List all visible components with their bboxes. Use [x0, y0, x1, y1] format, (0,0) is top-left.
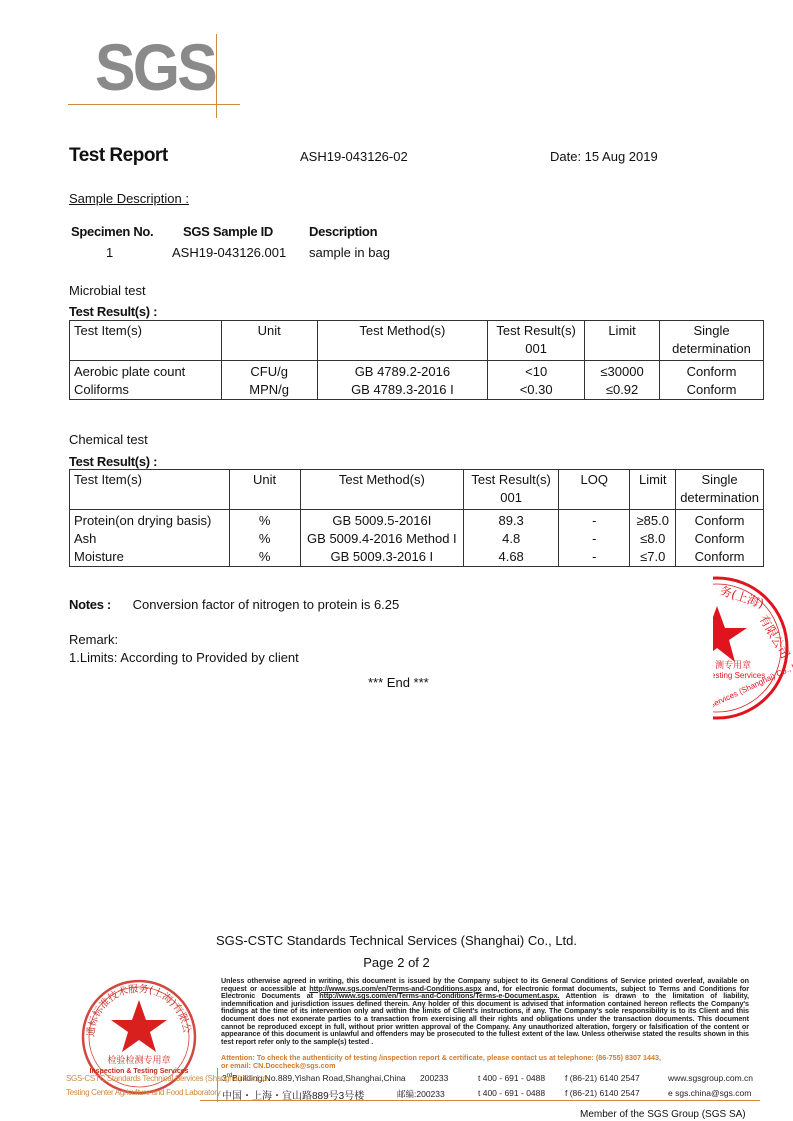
chemical-results-table: Test Item(s)UnitTest Method(s)Test Resul…	[69, 469, 764, 567]
sgs-logo: SGS	[95, 34, 215, 100]
postcode-en: 200233	[420, 1073, 448, 1083]
microbial-cell: <10	[488, 361, 585, 382]
postcode-cn: 邮编:200233	[397, 1088, 445, 1100]
chemical-cell: Ash	[70, 530, 230, 548]
table-row: Aerobic plate countCFU/gGB 4789.2-2016<1…	[70, 361, 764, 382]
microbial-results-table: Test Item(s)UnitTest Method(s)Test Resul…	[69, 320, 764, 400]
sgs-sample-id-header: SGS Sample ID	[183, 224, 273, 239]
svg-text:测专用章: 测专用章	[715, 659, 751, 671]
notes: Notes : Conversion factor of nitrogen to…	[69, 597, 399, 612]
sgs-group-member: Member of the SGS Group (SGS SA)	[580, 1109, 746, 1120]
specimen-no-value: 1	[106, 245, 113, 260]
end-marker: *** End ***	[368, 675, 429, 690]
microbial-cell: GB 4789.2-2016	[317, 361, 488, 382]
specimen-no-header: Specimen No.	[71, 224, 153, 239]
chemical-cell: 4.68	[464, 548, 559, 567]
microbial-cell: ≤30000	[585, 361, 660, 382]
microbial-result-label: Test Result(s) :	[69, 304, 157, 319]
remark: Remark: 1.Limits: According to Provided …	[69, 631, 299, 667]
microbial-column-header: Test Result(s)001	[488, 321, 585, 361]
remark-label: Remark:	[69, 631, 299, 649]
chemical-cell: Moisture	[70, 548, 230, 567]
fax-1: f (86-21) 6140 2547	[565, 1073, 640, 1083]
microbial-column-header: Unit	[221, 321, 317, 361]
lab-name-line-2: Testing Center Agriculture and Food Labo…	[66, 1088, 220, 1097]
chemical-cell: %	[229, 530, 300, 548]
microbial-cell: Coliforms	[70, 381, 222, 400]
chemical-cell: GB 5009.4-2016 Method I	[300, 530, 463, 548]
microbial-column-header: Test Item(s)	[70, 321, 222, 361]
microbial-header-row: Test Item(s)UnitTest Method(s)Test Resul…	[70, 321, 764, 361]
chemical-column-header: LOQ	[559, 470, 630, 510]
chemical-cell: Conform	[676, 530, 764, 548]
footer-divider	[200, 1100, 760, 1101]
table-row: Ash%GB 5009.4-2016 Method I4.8-≤8.0Confo…	[70, 530, 764, 548]
chemical-cell: GB 5009.5-2016I	[300, 510, 463, 531]
website[interactable]: www.sgsgroup.com.cn	[668, 1073, 753, 1083]
chemical-cell: ≤8.0	[630, 530, 676, 548]
svg-text:务(上海): 务(上海)	[718, 583, 766, 611]
telephone-2: t 400 - 691 - 0488	[478, 1088, 545, 1098]
table-row: Protein(on drying basis)%GB 5009.5-2016I…	[70, 510, 764, 531]
chemical-header-row: Test Item(s)UnitTest Method(s)Test Resul…	[70, 470, 764, 510]
chemical-cell: -	[559, 510, 630, 531]
legal-disclaimer: Unless otherwise agreed in writing, this…	[221, 977, 749, 1045]
page-number: Page 2 of 2	[0, 955, 793, 970]
microbial-column-header: Test Method(s)	[317, 321, 488, 361]
chemical-cell: Protein(on drying basis)	[70, 510, 230, 531]
svg-text:检验检测专用章: 检验检测专用章	[107, 1054, 170, 1066]
microbial-cell: Conform	[660, 381, 764, 400]
microbial-cell: MPN/g	[221, 381, 317, 400]
microbial-section-title: Microbial test	[69, 283, 146, 298]
microbial-cell: Conform	[660, 361, 764, 382]
notes-label: Notes :	[69, 597, 111, 612]
chemical-column-header: Unit	[229, 470, 300, 510]
chemical-result-label: Test Result(s) :	[69, 454, 157, 469]
microbial-column-header: Limit	[585, 321, 660, 361]
logo-horizontal-line	[68, 104, 240, 105]
report-date: Date: 15 Aug 2019	[550, 149, 658, 164]
chemical-cell: -	[559, 548, 630, 567]
chemical-column-header: Limit	[630, 470, 676, 510]
telephone-1: t 400 - 691 - 0488	[478, 1073, 545, 1083]
email[interactable]: e sgs.china@sgs.com	[668, 1088, 751, 1098]
chemical-cell: %	[229, 548, 300, 567]
table-row: ColiformsMPN/gGB 4789.3-2016 I<0.30≤0.92…	[70, 381, 764, 400]
report-title: Test Report	[69, 145, 168, 167]
chemical-cell: GB 5009.3-2016 I	[300, 548, 463, 567]
authenticity-attention: Attention: To check the authenticity of …	[221, 1054, 761, 1069]
chemical-cell: 89.3	[464, 510, 559, 531]
attention-line-2: or email: CN.Doccheck@sgs.com	[221, 1062, 761, 1070]
chemical-section-title: Chemical test	[69, 432, 148, 447]
chemical-column-header: Singledetermination	[676, 470, 764, 510]
chemical-column-header: Test Item(s)	[70, 470, 230, 510]
remark-line: 1.Limits: According to Provided by clien…	[69, 649, 299, 667]
sample-id-value: ASH19-043126.001	[172, 245, 286, 260]
company-seal-right: 测专用章 esting Services 务(上海) 有限公司 l Servic…	[713, 570, 793, 720]
description-value: sample in bag	[309, 245, 390, 260]
microbial-cell: <0.30	[488, 381, 585, 400]
sample-description-label: Sample Description :	[69, 191, 189, 206]
microbial-cell: ≤0.92	[585, 381, 660, 400]
microbial-column-header: Singledetermination	[660, 321, 764, 361]
logo-vertical-line	[216, 34, 217, 118]
microbial-cell: GB 4789.3-2016 I	[317, 381, 488, 400]
chemical-cell: %	[229, 510, 300, 531]
table-row: Moisture%GB 5009.3-2016 I4.68-≤7.0Confor…	[70, 548, 764, 567]
chemical-column-header: Test Result(s)001	[464, 470, 559, 510]
footer-company: SGS-CSTC Standards Technical Services (S…	[0, 933, 793, 948]
chemical-column-header: Test Method(s)	[300, 470, 463, 510]
legal-text-part-3: Attention is drawn to the limitation of …	[221, 991, 749, 1046]
chemical-cell: 4.8	[464, 530, 559, 548]
chemical-cell: ≤7.0	[630, 548, 676, 567]
chemical-cell: Conform	[676, 510, 764, 531]
description-header: Description	[309, 224, 377, 239]
chemical-cell: Conform	[676, 548, 764, 567]
notes-text: Conversion factor of nitrogen to protein…	[133, 597, 400, 612]
microbial-cell: Aerobic plate count	[70, 361, 222, 382]
chemical-cell: -	[559, 530, 630, 548]
microbial-cell: CFU/g	[221, 361, 317, 382]
fax-2: f (86-21) 6140 2547	[565, 1088, 640, 1098]
report-number: ASH19-043126-02	[300, 149, 408, 164]
lab-name-line-1: SGS-CSTC Standards Technical Services (S…	[66, 1074, 269, 1083]
chemical-cell: ≥85.0	[630, 510, 676, 531]
